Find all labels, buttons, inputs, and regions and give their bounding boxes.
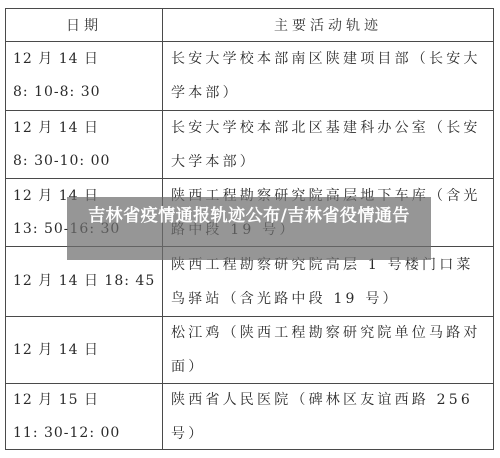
date-cell: 12 月 14 日 — [6, 317, 163, 383]
activity-cell: 陕西省人民医院（碑林区友谊西路 256 号） — [163, 384, 493, 449]
activity-text: 松江鸡（陕西工程勘察研究院单位马路对面） — [171, 316, 487, 384]
table-header-row: 日期 主要活动轨迹 — [6, 9, 493, 41]
headline-text: 吉林省疫情通报轨迹公布/吉林省役情通告 — [88, 206, 410, 226]
date-cell: 12 月 15 日 11: 30-12: 00 — [6, 384, 163, 449]
date-day: 12 月 14 日 — [13, 43, 162, 76]
date-time: 8: 30-10: 00 — [13, 145, 162, 178]
table-row: 12 月 14 日 8: 30-10: 00 长安大学校本部北区基建科办公室（长… — [6, 110, 493, 178]
date-day: 12 月 14 日 — [13, 112, 162, 145]
date-day: 12 月 15 日 — [13, 384, 162, 417]
activity-cell: 长安大学校本部南区陕建项目部（长安大学本部） — [163, 42, 493, 110]
date-cell: 12 月 14 日 8: 30-10: 00 — [6, 111, 163, 178]
headline-banner: 吉林省疫情通报轨迹公布/吉林省役情通告 — [67, 197, 431, 260]
activity-cell: 松江鸡（陕西工程勘察研究院单位马路对面） — [163, 317, 493, 383]
date-day: 12 月 14 日 — [13, 334, 162, 367]
table-row: 12 月 14 日 松江鸡（陕西工程勘察研究院单位马路对面） — [6, 316, 493, 383]
date-time: 8: 10-8: 30 — [13, 76, 162, 109]
header-date: 日期 — [6, 9, 163, 41]
activity-text: 陕西省人民医院（碑林区友谊西路 256 号） — [171, 383, 487, 451]
date-cell: 12 月 14 日 8: 10-8: 30 — [6, 42, 163, 110]
date-day-time: 12 月 14 日 18: 45 — [13, 265, 162, 298]
table-row: 12 月 15 日 11: 30-12: 00 陕西省人民医院（碑林区友谊西路 … — [6, 383, 493, 449]
date-time: 11: 30-12: 00 — [13, 417, 162, 450]
table-row: 12 月 14 日 8: 10-8: 30 长安大学校本部南区陕建项目部（长安大… — [6, 41, 493, 110]
activity-text: 长安大学校本部南区陕建项目部（长安大学本部） — [171, 42, 487, 110]
activity-cell: 长安大学校本部北区基建科办公室（长安大学本部） — [163, 111, 493, 178]
activity-text: 长安大学校本部北区基建科办公室（长安大学本部） — [171, 111, 487, 179]
header-activity: 主要活动轨迹 — [163, 9, 493, 41]
